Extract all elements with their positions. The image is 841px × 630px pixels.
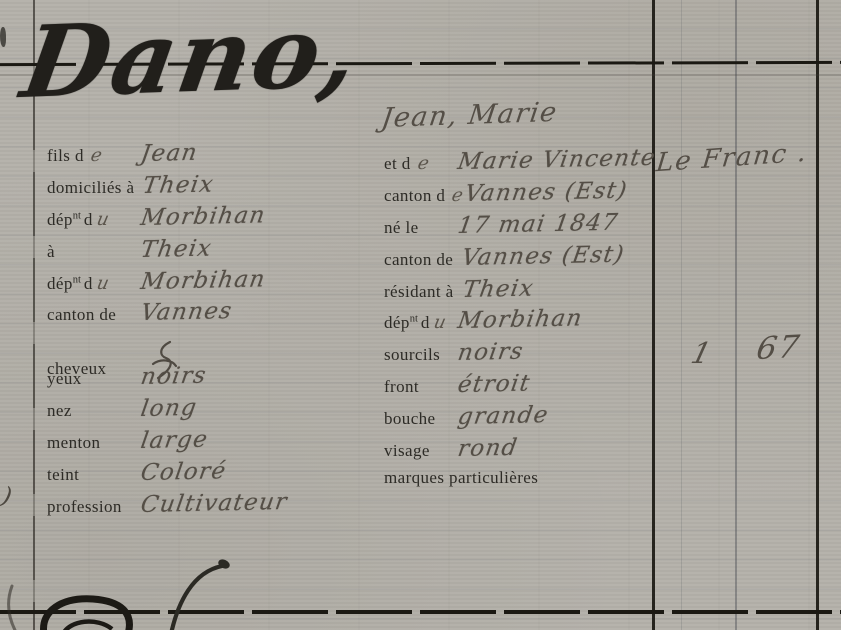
field-label-text: nez [47, 401, 72, 420]
field-label-text: dép [384, 313, 410, 332]
field-label-text: visage [384, 441, 430, 460]
field-row-nez: nezlong [47, 396, 285, 428]
field-label: yeux [47, 369, 139, 389]
field-label: front [384, 377, 456, 397]
field-label: teint [47, 465, 139, 485]
field-row-dept-domicile: dépntduMorbihan [47, 205, 285, 237]
field-label-text: et d [384, 154, 411, 173]
field-row-cheveux: cheveux [47, 332, 285, 364]
field-value: étroit [456, 371, 532, 399]
column-rule-faint-inner [681, 0, 682, 630]
field-row-domicilies: domiciliés àTheix [47, 173, 285, 205]
right-field-column: et deMarie Vincente canton deVannes (Est… [384, 149, 653, 500]
field-label-text: dép [47, 274, 73, 293]
field-row-dept-residence: dépntduMorbihan [384, 308, 653, 340]
field-value: Theix [141, 171, 216, 198]
field-row-profession: professionCultivateur [47, 492, 285, 524]
field-label-text: fils d [47, 146, 84, 165]
field-label-text2: d [84, 274, 93, 293]
field-label: canton de [47, 305, 139, 325]
field-label: né le [384, 218, 456, 238]
field-label: canton de [384, 250, 460, 270]
field-label-text2: d [84, 210, 93, 229]
field-label-text: à [47, 242, 55, 261]
field-label: profession [47, 497, 139, 517]
field-value: Vannes (Est) [463, 178, 630, 207]
field-label-text: profession [47, 497, 122, 516]
field-label-text: sourcils [384, 345, 440, 364]
field-label-text2: d [421, 313, 430, 332]
field-label: canton de [384, 185, 463, 206]
field-value: large [139, 427, 210, 454]
field-label-text: canton d [384, 186, 445, 205]
field-label-text: bouche [384, 409, 436, 428]
field-value: Morbihan [139, 266, 268, 295]
field-label: à [47, 242, 139, 262]
left-field-column: fils deJean domiciliés àTheix dépntduMor… [47, 141, 285, 524]
field-value: Theix [139, 235, 214, 262]
handwritten-connector: u [432, 312, 448, 333]
field-value: noirs [139, 363, 209, 390]
field-label: visage [384, 441, 456, 461]
field-label: et de [384, 153, 456, 174]
field-label-text: canton de [47, 305, 116, 324]
field-label: nez [47, 401, 139, 421]
field-value: Marie Vincente [456, 145, 658, 175]
surname-heading: Dano, [14, 0, 369, 127]
field-value: long [139, 395, 199, 422]
field-row-menton: mentonlarge [47, 428, 285, 460]
field-label: domiciliés à [47, 178, 141, 198]
field-label: menton [47, 433, 139, 453]
field-row-teint: teintColoré [47, 460, 285, 492]
field-value: Jean [139, 140, 200, 167]
field-label-text: menton [47, 433, 100, 452]
field-row-ne-a: àTheix [47, 237, 285, 269]
column-rule-right [816, 0, 819, 630]
register-page: Dano, Jean, Marie Le Franc . 1 67 ) fils… [0, 0, 841, 630]
field-value: Morbihan [139, 202, 268, 231]
field-value: Theix [461, 275, 536, 302]
field-label-text: dép [47, 210, 73, 229]
field-label: dépntdu [47, 209, 139, 230]
field-label-text: marques particulières [384, 468, 538, 487]
ink-speck [0, 27, 6, 47]
field-label-sup: nt [73, 274, 81, 285]
field-row-fils: fils deJean [47, 141, 285, 173]
height-metres: 1 [688, 336, 715, 370]
field-label: bouche [384, 409, 456, 429]
field-label-text: canton de [384, 250, 453, 269]
field-row-front: frontétroit [384, 372, 653, 404]
field-label-text: domiciliés à [47, 178, 134, 197]
handwritten-connector: u [95, 273, 111, 294]
field-value: rond [456, 435, 520, 462]
field-row-residant: résidant àTheix [384, 277, 653, 309]
column-rule-height-split [735, 0, 737, 630]
field-row-sourcils: sourcilsnoirs [384, 340, 653, 372]
field-label-text: front [384, 377, 419, 396]
field-row-canton-naissance: canton deVannes (Est) [384, 245, 653, 277]
field-value: Cultivateur [139, 489, 290, 518]
field-row-canton: canton deVannes [47, 300, 285, 332]
mother-surname: Le Franc . [655, 138, 809, 178]
field-label-text: né le [384, 218, 419, 237]
field-value: 17 mai 1847 [456, 209, 620, 238]
field-row-bouche: bouchegrande [384, 404, 653, 436]
field-value: Vannes (Est) [460, 241, 627, 270]
handwritten-connector: e [415, 153, 431, 174]
given-names: Jean, Marie [379, 97, 560, 134]
field-row-visage: visagerond [384, 436, 653, 468]
field-label: fils de [47, 145, 139, 166]
field-label-text: résidant à [384, 282, 454, 301]
handwritten-connector: e [89, 145, 105, 166]
field-value: Vannes [139, 299, 234, 327]
field-label-text: yeux [47, 369, 82, 388]
field-row-yeux: yeuxnoirs [47, 364, 285, 396]
field-row-mere: et deMarie Vincente [384, 149, 653, 181]
field-value: noirs [456, 339, 526, 366]
handwritten-connector: u [95, 209, 111, 230]
record-separator-bottom [0, 610, 841, 614]
field-label: résidant à [384, 282, 461, 302]
field-row-dept-naissance: dépntduMorbihan [47, 269, 285, 301]
field-label: dépntdu [47, 273, 139, 294]
height-centimetres: 67 [754, 329, 804, 367]
field-value: Coloré [139, 458, 228, 486]
field-label: marques particulières [384, 468, 545, 488]
field-label-sup: nt [73, 210, 81, 221]
field-label-text: teint [47, 465, 79, 484]
field-label: sourcils [384, 345, 456, 365]
field-value: Morbihan [456, 306, 585, 335]
margin-mark: ) [0, 481, 15, 510]
field-value: grande [456, 402, 551, 430]
field-label-sup: nt [410, 314, 418, 325]
field-row-marques: marques particulières [384, 468, 653, 500]
field-row-canton-domicile: canton deVannes (Est) [384, 181, 653, 213]
field-row-ne-le: né le17 mai 1847 [384, 213, 653, 245]
field-label: dépntdu [384, 312, 456, 333]
